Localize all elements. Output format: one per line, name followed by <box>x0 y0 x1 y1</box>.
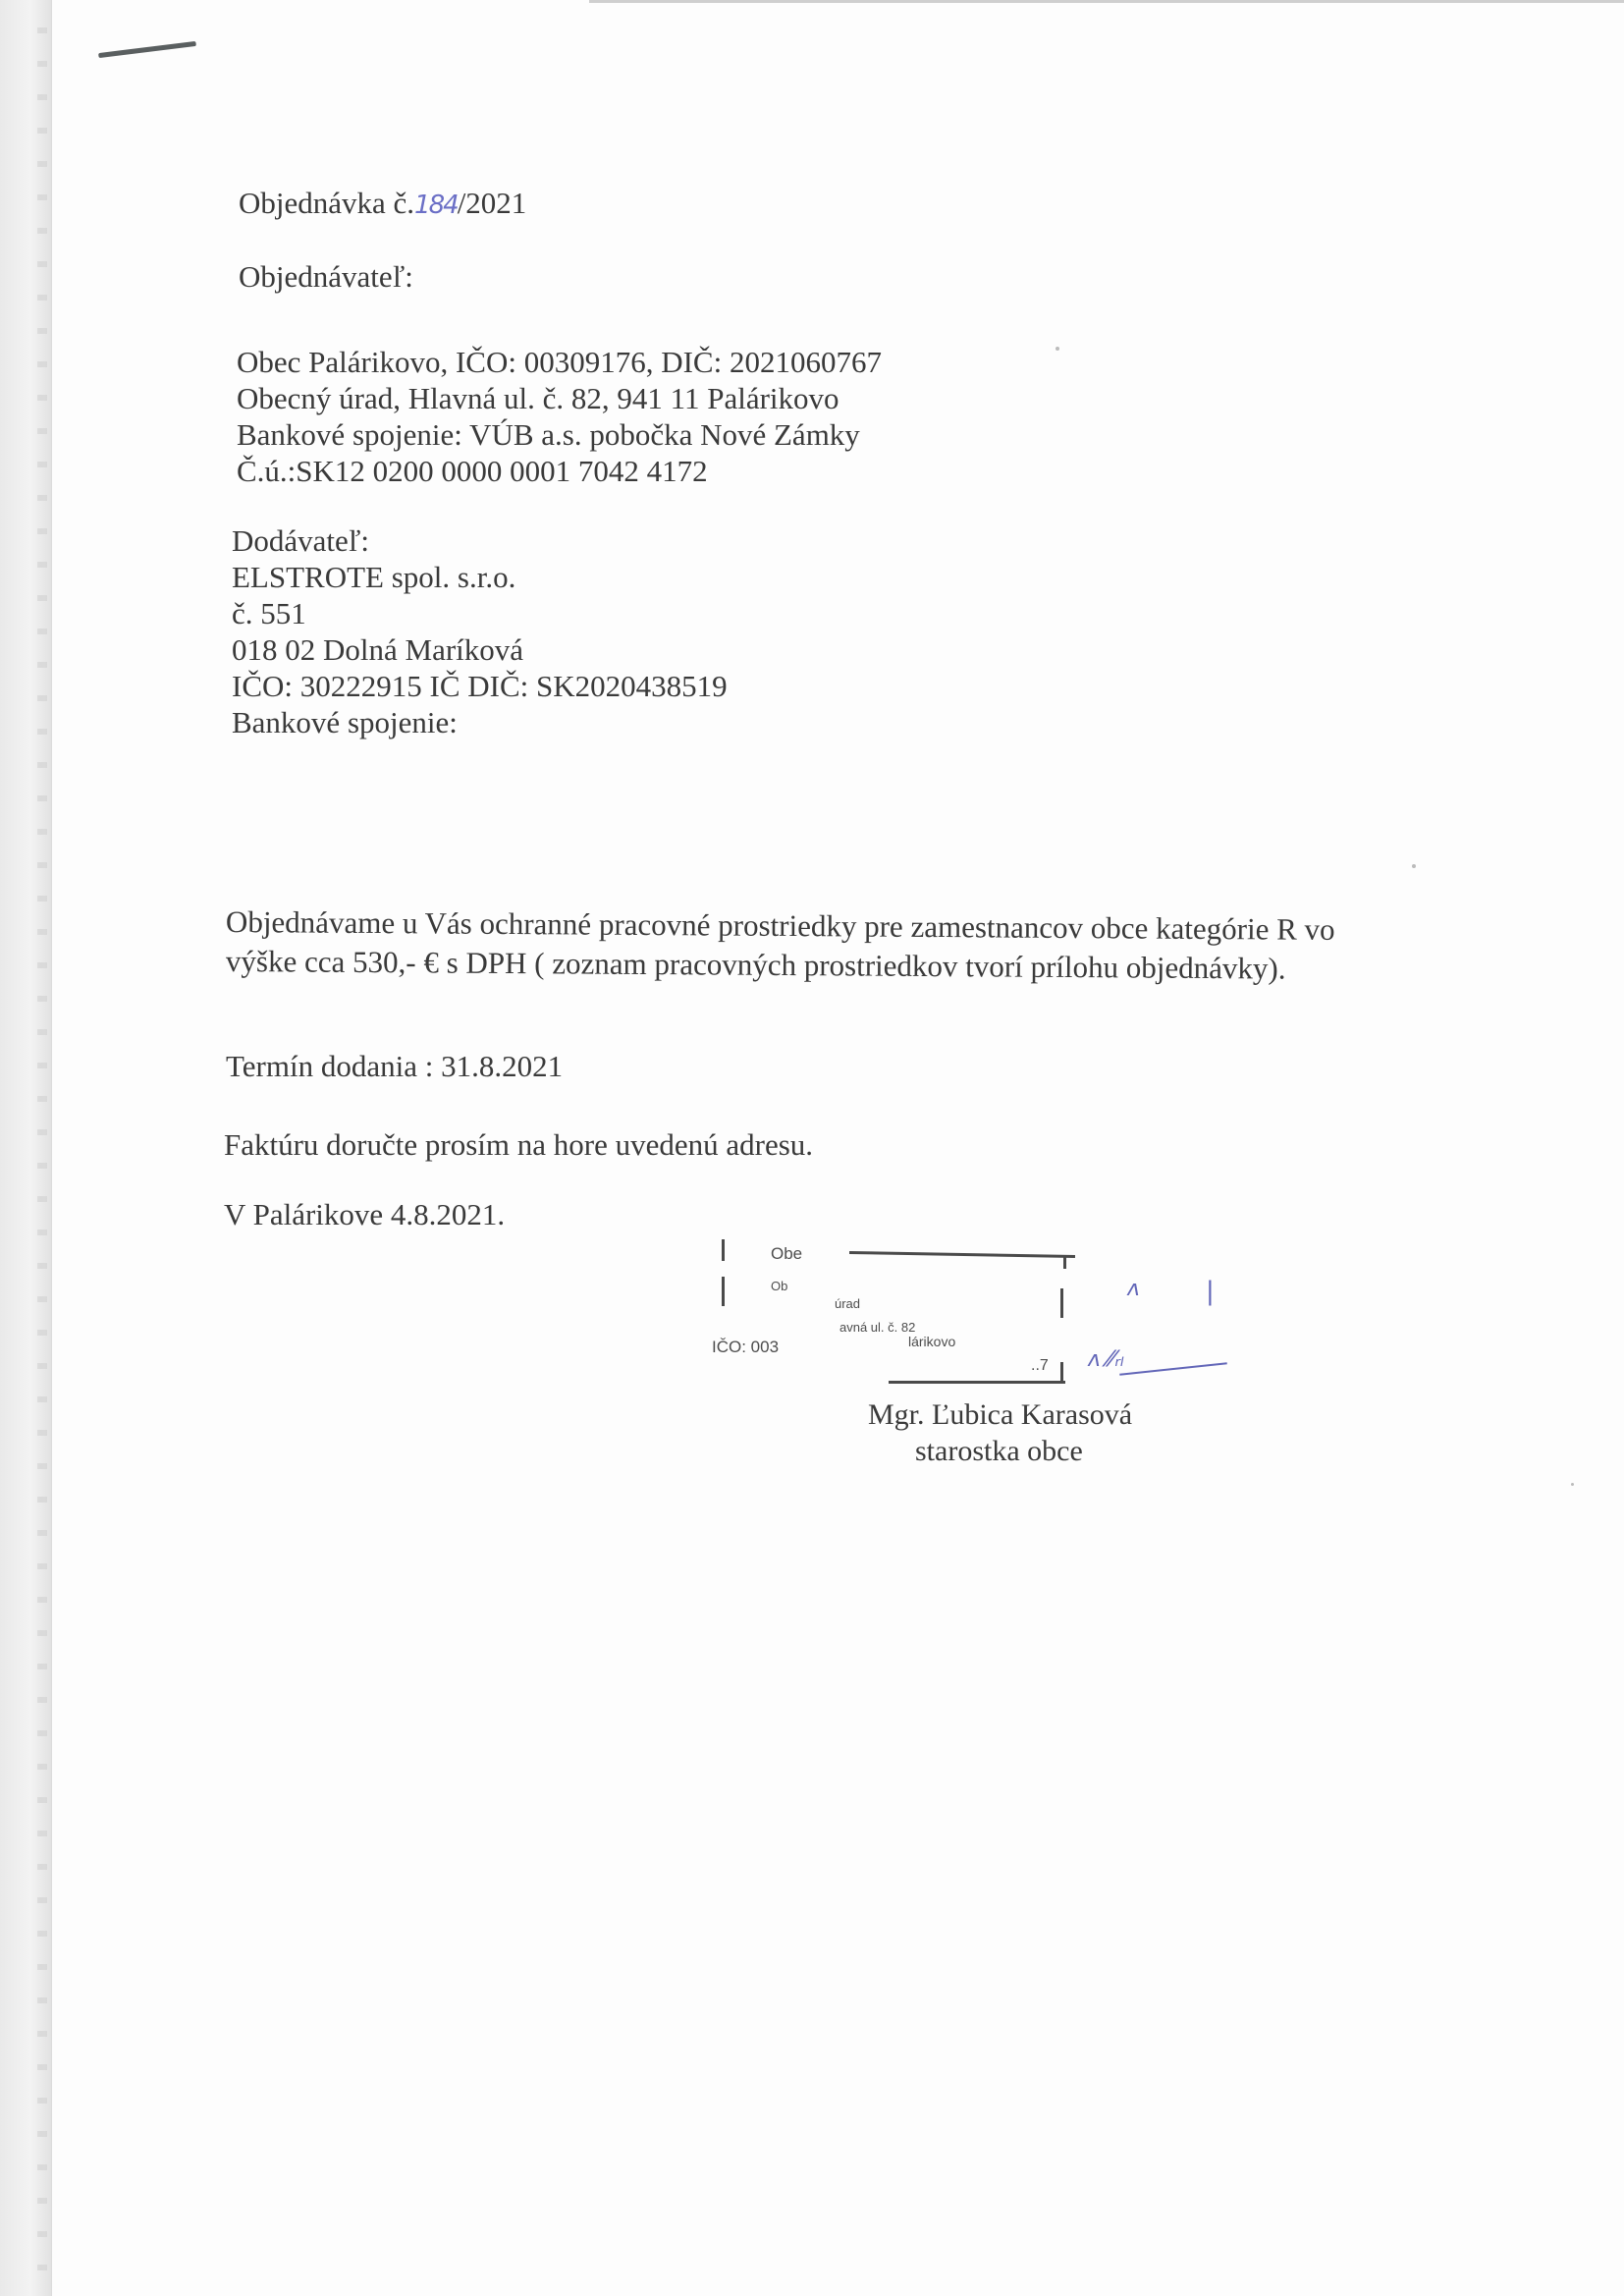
binder-sleeve-edge <box>0 0 52 2296</box>
signature-mark: | <box>1206 1277 1215 1306</box>
supplier-label: Dodávateľ: <box>232 522 369 559</box>
order-number-handwritten: 184 <box>414 191 458 220</box>
delivery-term: Termín dodania : 31.8.2021 <box>226 1048 563 1084</box>
official-stamp-redacted: Obe Ob úrad avná ul. č. 82 IČO: 003 lári… <box>712 1239 1242 1387</box>
supplier-line: IČO: 30222915 IČ DIČ: SK2020438519 <box>232 668 728 704</box>
sleeve-perforation <box>37 0 47 2296</box>
order-title-prefix: Objednávka č. <box>239 186 414 220</box>
place-date: V Palárikove 4.8.2021. <box>224 1196 505 1232</box>
scan-speck <box>1571 1483 1574 1486</box>
orderer-line: Obec Palárikovo, IČO: 00309176, DIČ: 202… <box>237 344 882 380</box>
supplier-line: č. 551 <box>232 595 306 631</box>
supplier-line: 018 02 Dolná Maríková <box>232 631 523 668</box>
orderer-line: Obecný úrad, Hlavná ul. č. 82, 941 11 Pa… <box>237 380 839 416</box>
scan-speck <box>1056 347 1059 351</box>
orderer-label: Objednávateľ: <box>239 258 413 295</box>
invoice-note: Faktúru doručte prosím na hore uvedenú a… <box>224 1126 813 1163</box>
supplier-line: Bankové spojenie: <box>232 704 458 740</box>
signature-scribble: ʌ ⁄⁄ᵣₗ <box>1088 1347 1124 1372</box>
order-title: Objednávka č.184/2021 <box>239 185 526 224</box>
order-title-year: /2021 <box>458 186 527 220</box>
orderer-line: Bankové spojenie: VÚB a.s. pobočka Nové … <box>237 416 860 453</box>
scan-speck <box>1412 864 1416 868</box>
page-top-edge <box>589 0 1624 3</box>
order-paragraph-line: výške cca 530,- € s DPH ( zoznam pracovn… <box>226 943 1286 987</box>
signatory-name: Mgr. Ľubica Karasová <box>868 1396 1132 1433</box>
order-paragraph-line: Objednávame u Vás ochranné pracovné pros… <box>226 903 1335 948</box>
signatory-role: starostka obce <box>915 1433 1083 1469</box>
supplier-line: ELSTROTE spol. s.r.o. <box>232 559 515 595</box>
signature-mark: ʌ <box>1127 1277 1140 1301</box>
pen-mark <box>98 41 196 58</box>
orderer-line: Č.ú.:SK12 0200 0000 0001 7042 4172 <box>237 453 708 489</box>
